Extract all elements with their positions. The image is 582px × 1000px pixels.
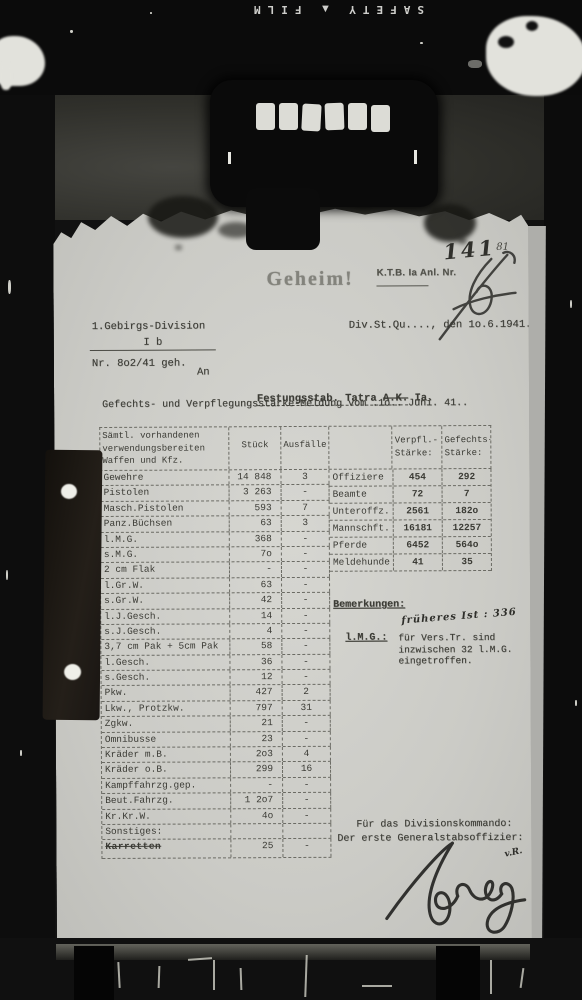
weapon-label: Kampffahrzg.gep.: [102, 778, 231, 793]
weapon-label: Masch.Pistolen: [101, 501, 230, 516]
ration-strength: 2561: [393, 503, 443, 519]
weapon-label: 3,7 cm Pak + 5cm Pak: [101, 640, 230, 655]
table-row: Panz.Büchsen 63 3: [101, 516, 330, 533]
ration-strength: 6452: [393, 537, 443, 553]
weapon-count: 797: [231, 701, 283, 716]
counter-digit: [256, 103, 275, 130]
weapon-label: Pkw.: [102, 686, 231, 701]
table-row: Kr.Kr.W. 4o -: [102, 808, 331, 825]
table-row: s.Gr.W. 42 -: [101, 593, 330, 610]
counter-digit: [371, 105, 390, 132]
film-notch: [436, 946, 480, 1000]
weapon-losses: -: [282, 624, 330, 639]
counter-digits: [256, 103, 390, 130]
remarks-item-text: für Vers.Tr. sind inzwischen 32 l.M.G. e…: [398, 632, 520, 667]
weapon-count: 4o: [231, 809, 283, 824]
header-stueck: Stück: [230, 427, 282, 469]
personnel-table-body: Offiziere 454 292 Beamte 72 7 Unteroffz.…: [329, 469, 492, 572]
personnel-category: Offiziere: [329, 469, 393, 485]
table-row: s.M.G. 7o -: [101, 547, 330, 564]
weapon-losses: 3: [281, 470, 329, 485]
table-row: Kampffahrzg.gep. - -: [102, 778, 331, 795]
weapon-losses: -: [283, 793, 331, 808]
counter-digit: [279, 103, 298, 130]
weapon-count: [231, 824, 283, 839]
weapon-label: Panz.Büchsen: [101, 516, 230, 531]
weapon-label: Lkw., Protzkw.: [102, 701, 231, 716]
counter-digit: [325, 103, 345, 131]
weapon-count: 23: [231, 732, 283, 747]
weapon-count: 14 848: [229, 470, 281, 485]
table-row: Pferde 6452 564o: [330, 537, 491, 555]
weapon-losses: -: [282, 608, 330, 623]
weapon-losses: -: [282, 670, 330, 685]
weapon-label: l.Gesch.: [101, 655, 230, 670]
weapon-count: 14: [230, 609, 282, 624]
weapon-label: Omnibusse: [102, 732, 231, 747]
weapon-count: 2o3: [231, 747, 283, 762]
weapon-count: 593: [230, 501, 282, 516]
table-row: Masch.Pistolen 593 7: [101, 501, 330, 518]
weapon-label: Beut.Fahrzg.: [102, 794, 231, 809]
salutation: An: [197, 366, 210, 378]
film-edge-print: SAFETY ▲ FILM: [228, 3, 443, 16]
weapon-label: s.Gesch.: [102, 670, 231, 685]
weapon-label: l.J.Gesch.: [101, 609, 230, 624]
film-notch: [74, 946, 114, 1000]
weapon-losses: -: [282, 562, 330, 577]
weapon-losses: 4: [283, 747, 331, 762]
counter-mount: [246, 188, 320, 250]
weapon-count: 58: [230, 639, 282, 654]
weapon-losses: -: [282, 547, 330, 562]
table-row: Meldehunde 41 35: [330, 554, 491, 572]
table-row: Gewehre 14 848 3: [100, 470, 329, 487]
weapon-losses: -: [282, 593, 330, 608]
table-header-row: Sämtl. vorhandenen verwendungsbereiten W…: [99, 425, 491, 471]
weapon-losses: 7: [282, 501, 330, 516]
weapon-count: -: [231, 778, 283, 793]
table-row: Kräder o.B. 299 16: [102, 762, 331, 779]
table-row: l.Gesch. 36 -: [101, 654, 330, 671]
weapon-count: 368: [230, 532, 282, 547]
ration-strength: 16181: [393, 520, 443, 536]
personnel-category: Meldehunde: [330, 554, 394, 570]
weapon-losses: [283, 824, 331, 839]
weapon-label: Kräder m.B.: [102, 747, 231, 762]
personnel-category: Pferde: [330, 537, 394, 553]
combat-strength: 292: [443, 469, 491, 485]
table-row: s.Gesch. 12 -: [102, 670, 331, 687]
ink-splotch: [148, 196, 218, 238]
weapon-losses: -: [283, 808, 331, 823]
ration-strength: 41: [394, 554, 444, 570]
weapon-label: l.Gr.W.: [101, 578, 230, 593]
combat-strength: 12257: [443, 520, 491, 536]
punch-hole-top: [61, 484, 77, 499]
weapon-label: s.M.G.: [101, 547, 230, 562]
combat-strength: 7: [443, 486, 491, 502]
table-row: Zgkw. 21 -: [102, 716, 331, 733]
weapon-count: 36: [230, 655, 282, 670]
combat-strength: 564o: [443, 537, 491, 553]
weapon-label: s.Gr.W.: [101, 593, 230, 608]
table-row: Offiziere 454 292: [329, 469, 490, 487]
weapon-count: 299: [231, 762, 283, 777]
table-row: l.J.Gesch. 14 -: [101, 608, 330, 625]
light-leak-right: [486, 16, 582, 96]
remarks-handwritten-note: früheres Ist : 336: [401, 607, 517, 627]
weapon-losses: 16: [283, 762, 331, 777]
weapon-losses: 2: [283, 685, 331, 700]
ink-speck: [175, 245, 182, 250]
weapon-label: Kräder o.B.: [102, 763, 231, 778]
table-row: Mannschft. 16181 12257: [330, 520, 491, 538]
weapon-losses: -: [282, 531, 330, 546]
section-designation: I b: [90, 336, 216, 351]
weapon-losses: -: [282, 485, 330, 500]
remarks-title: Bemerkungen:: [333, 599, 405, 610]
weapon-count: 7o: [230, 547, 282, 562]
weapon-label: l.M.G.: [101, 532, 230, 547]
weapon-count: 63: [230, 516, 282, 531]
table-row: 3,7 cm Pak + 5cm Pak 58 -: [101, 639, 330, 656]
document-page: Geheim! K.T.B. Ia Anl. Nr. 141 81 1.Gebi…: [53, 204, 532, 946]
unit-name: 1.Gebirgs-Division: [92, 320, 205, 333]
signature-block-line1: Für das Divisionskommando:: [356, 819, 512, 831]
weapon-count: 25: [231, 839, 283, 857]
table-row: Unteroffz. 2561 182o: [330, 503, 491, 521]
subject-line: Gefechts- und Verpflegungsstärke-Meldung…: [102, 398, 468, 411]
header-ausfaelle: Ausfälle: [281, 427, 329, 469]
table-row: Lkw., Protzkw. 797 31: [102, 701, 331, 718]
table-row: Omnibusse 23 -: [102, 731, 331, 748]
binding-strip: [43, 450, 103, 721]
weapon-count: 63: [230, 578, 282, 593]
table-row: Sonstiges:: [102, 824, 331, 841]
weapon-label: Sonstiges:: [102, 824, 231, 839]
table-row: Karretten 25 -: [102, 839, 331, 859]
combat-strength: 182o: [443, 503, 491, 519]
weapon-losses: -: [283, 839, 331, 857]
weapon-count: 21: [231, 716, 283, 731]
weapon-label: Kr.Kr.W.: [102, 809, 231, 824]
header-verpfl: Verpfl.-Stärke:: [393, 426, 443, 468]
weapon-label: Karretten: [102, 840, 231, 859]
combat-strength: 35: [443, 554, 491, 570]
weapon-count: 1 2o7: [231, 793, 283, 808]
weapon-count: 12: [230, 670, 282, 685]
table-row: l.M.G. 368 -: [101, 531, 330, 548]
ink-splotch: [424, 204, 476, 242]
weapon-losses: -: [282, 639, 330, 654]
film-edge-right: [544, 95, 582, 940]
personnel-category: Beamte: [330, 486, 394, 502]
weapon-count: 3 263: [230, 485, 282, 500]
weapon-losses: 31: [283, 701, 331, 716]
weapon-label: 2 cm Flak: [101, 563, 230, 578]
ration-strength: 454: [393, 469, 443, 485]
weapon-losses: -: [282, 654, 330, 669]
header-empty: [329, 426, 393, 468]
film-bottom-band: [0, 938, 582, 1000]
personnel-category: Mannschft.: [330, 520, 394, 536]
ration-strength: 72: [393, 486, 443, 502]
personnel-category: Unteroffz.: [330, 503, 394, 519]
ink-speck: [458, 238, 467, 244]
microfilm-frame: SAFETY ▲ FILM Geheim! K.T.B. Ia Anl. Nr.…: [0, 0, 582, 1000]
header-weapons: Sämtl. vorhandenen verwendungsbereiten W…: [100, 427, 230, 470]
table-row: Pkw. 427 2: [102, 685, 331, 702]
table-row: Kräder m.B. 2o3 4: [102, 747, 331, 764]
strength-report-table: Sämtl. vorhandenen verwendungsbereiten W…: [99, 425, 491, 471]
counter-digit: [301, 104, 321, 132]
table-row: Beamte 72 7: [330, 486, 491, 504]
weapon-losses: -: [283, 778, 331, 793]
weapon-count: 42: [230, 593, 282, 608]
document-number: Nr. 8o2/41 geh.: [92, 358, 187, 370]
weapon-losses: -: [283, 731, 331, 746]
weapon-count: 427: [231, 686, 283, 701]
table-row: 2 cm Flak - -: [101, 562, 330, 579]
weapon-label: Pistolen: [101, 486, 230, 501]
weapon-label: s.J.Gesch.: [101, 624, 230, 639]
frame-counter: [210, 80, 438, 207]
weapon-count: -: [230, 562, 282, 577]
weapon-label: Gewehre: [100, 470, 229, 485]
weapon-losses: -: [282, 578, 330, 593]
place-date-line: Div.St.Qu...., den 1o.6.1941.: [349, 319, 532, 332]
table-row: l.Gr.W. 63 -: [101, 578, 330, 595]
weapon-losses: 3: [282, 516, 330, 531]
table-row: s.J.Gesch. 4 -: [101, 624, 330, 641]
weapons-table-body: Gewehre 14 848 3 Pistolen 3 263 - Masch.…: [99, 470, 331, 860]
handwritten-signature: [374, 840, 544, 936]
geheim-stamp: Geheim!: [266, 268, 353, 291]
counter-digit: [348, 103, 367, 130]
remarks-item-label: l.M.G.:: [345, 633, 387, 644]
punch-hole-bottom: [64, 664, 81, 680]
weapon-label: Zgkw.: [102, 717, 231, 732]
table-row: Beut.Fahrzg. 1 2o7 -: [102, 793, 331, 810]
header-gefechts: Gefechts-Stärke:: [442, 426, 490, 468]
weapon-losses: -: [283, 716, 331, 731]
table-row: Pistolen 3 263 -: [101, 485, 330, 502]
weapon-count: 4: [230, 624, 282, 639]
